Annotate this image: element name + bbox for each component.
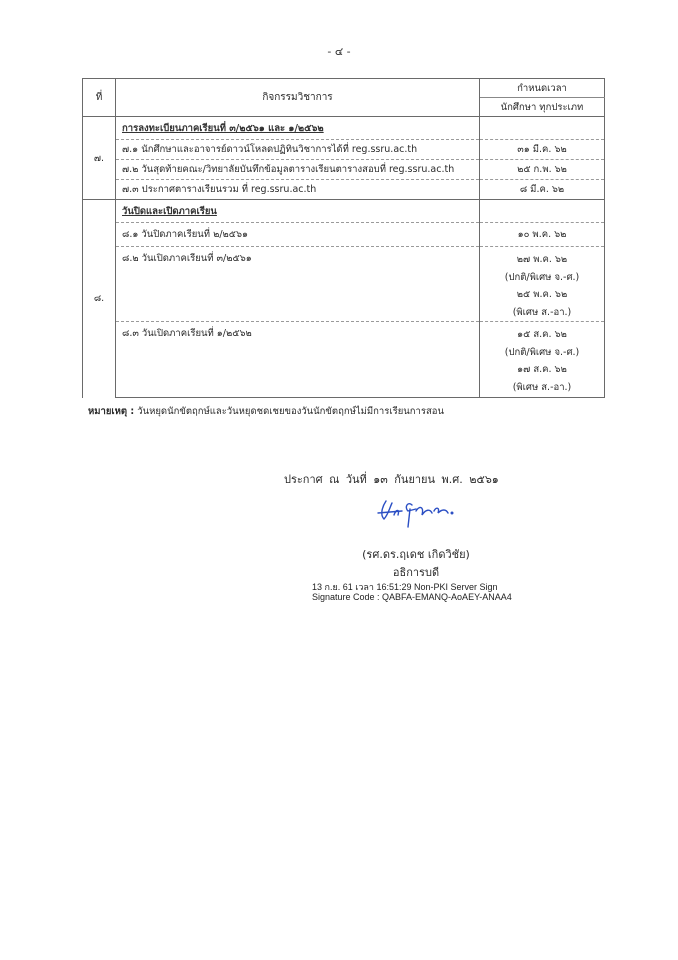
date-weekend: ๑๗ ส.ค. ๖๒ [486,361,598,379]
date-weekend-note: (พิเศษ ส.-อา.) [486,379,598,397]
signer-position: อธิการบดี [336,563,496,581]
remark-text: วันหยุดนักขัตฤกษ์และวันหยุดชดเชยของวันนั… [137,406,444,417]
activity-date: ๒๕ ก.พ. ๖๒ [480,160,605,180]
section-title: วันปิดและเปิดภาคเรียน [116,200,480,223]
date-weekday: ๒๗ พ.ค. ๖๒ [486,251,598,269]
date-weekend: ๒๕ พ.ค. ๖๒ [486,286,598,304]
activity-label: ๗.๓ ประกาศตารางเรียนรวม ที่ reg.ssru.ac.… [116,180,480,200]
signer-name: (รศ.ดร.ฤเดช เกิดวิชัย) [336,545,496,563]
section-number: ๘. [83,200,116,398]
date-weekday: ๑๕ ส.ค. ๖๒ [486,326,598,344]
handwritten-signature-icon [372,493,462,529]
date-weekday-note: (ปกติ/พิเศษ จ.-ศ.) [486,269,598,287]
activity-date: ๑๐ พ.ค. ๖๒ [480,223,605,247]
table-row: ๘.๓ วันเปิดภาคเรียนที่ ๑/๒๕๖๒ ๑๕ ส.ค. ๖๒… [83,322,605,398]
header-schedule: กำหนดเวลา [480,79,605,98]
section-date-empty [480,200,605,223]
table-row: ๗.๑ นักศึกษาและอาจารย์ดาวน์โหลดปฏิทินวิช… [83,140,605,160]
activity-label: ๘.๓ วันเปิดภาคเรียนที่ ๑/๒๕๖๒ [116,322,480,398]
table-row: ๘.๑ วันปิดภาคเรียนที่ ๒/๒๕๖๑ ๑๐ พ.ค. ๖๒ [83,223,605,247]
announcement-date: ประกาศ ณ วันที่ ๑๓ กันยายน พ.ศ. ๒๕๖๑ [284,470,499,488]
header-activity: กิจกรรมวิชาการ [116,79,480,117]
activity-date: ๘ มี.ค. ๖๒ [480,180,605,200]
remark-note: หมายเหตุ : วันหยุดนักขัตฤกษ์และวันหยุดชด… [88,404,444,419]
activity-date: ๓๑ มี.ค. ๖๒ [480,140,605,160]
activity-label: ๘.๑ วันปิดภาคเรียนที่ ๒/๒๕๖๑ [116,223,480,247]
electronic-signature-code: Signature Code : QABFA-EMANQ-AoAEY-ANAA4 [312,592,512,602]
table-row: ๘.๒ วันเปิดภาคเรียนที่ ๓/๒๕๖๑ ๒๗ พ.ค. ๖๒… [83,247,605,322]
date-weekday-note: (ปกติ/พิเศษ จ.-ศ.) [486,344,598,362]
page-number: - ๔ - [0,42,678,60]
activity-dates: ๑๕ ส.ค. ๖๒ (ปกติ/พิเศษ จ.-ศ.) ๑๗ ส.ค. ๖๒… [480,322,605,398]
academic-calendar-table: ที่ กิจกรรมวิชาการ กำหนดเวลา นักศึกษา ทุ… [82,78,605,398]
section-row: ๗. การลงทะเบียนภาคเรียนที่ ๓/๒๕๖๑ และ ๑/… [83,117,605,140]
section-row: ๘. วันปิดและเปิดภาคเรียน [83,200,605,223]
header-no: ที่ [83,79,116,117]
section-title: การลงทะเบียนภาคเรียนที่ ๓/๒๕๖๑ และ ๑/๒๕๖… [116,117,480,140]
activity-label: ๗.๑ นักศึกษาและอาจารย์ดาวน์โหลดปฏิทินวิช… [116,140,480,160]
activity-dates: ๒๗ พ.ค. ๖๒ (ปกติ/พิเศษ จ.-ศ.) ๒๕ พ.ค. ๖๒… [480,247,605,322]
table-row: ๗.๒ วันสุดท้ายคณะ/วิทยาลัยบันทึกข้อมูลตา… [83,160,605,180]
section-date-empty [480,117,605,140]
activity-label: ๘.๒ วันเปิดภาคเรียนที่ ๓/๒๕๖๑ [116,247,480,322]
activity-label: ๗.๒ วันสุดท้ายคณะ/วิทยาลัยบันทึกข้อมูลตา… [116,160,480,180]
header-students-all-types: นักศึกษา ทุกประเภท [480,98,605,117]
remark-label: หมายเหตุ : [88,406,134,417]
table-row: ๗.๓ ประกาศตารางเรียนรวม ที่ reg.ssru.ac.… [83,180,605,200]
section-number: ๗. [83,117,116,200]
date-weekend-note: (พิเศษ ส.-อา.) [486,304,598,322]
